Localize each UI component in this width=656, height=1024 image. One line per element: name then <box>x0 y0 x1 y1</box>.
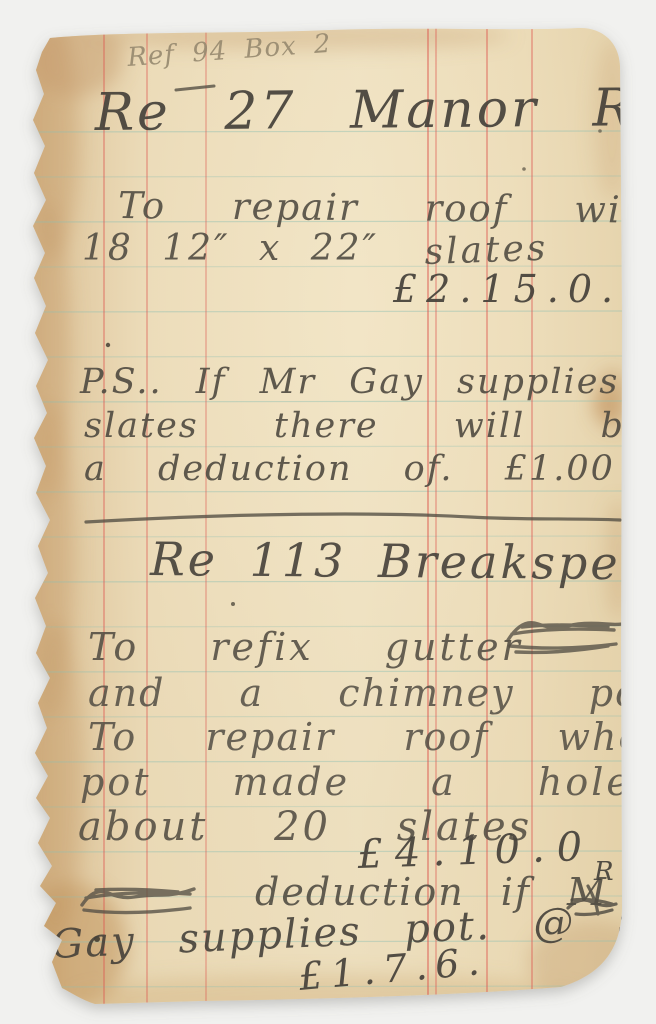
breakspears-work-line3: To repair roof where <box>88 715 656 759</box>
heading-breakspears: Re 113 Breakspears <box>149 532 656 591</box>
ps-line3: a deduction of. £1.00 <box>84 449 615 489</box>
superscript-r: R <box>593 857 614 887</box>
ps-line1: P.S.. If Mr Gay supplies <box>79 362 619 402</box>
scan-background: Ref 94 Box 2 Re 27 Manor Rd. To repair r… <box>0 0 656 1024</box>
manor-work-line1: To repair roof with <box>118 184 656 232</box>
manor-amount: £2.15.0. <box>392 267 622 311</box>
heading-manor-rd: Re 27 Manor Rd. <box>94 78 656 143</box>
document-photo: Ref 94 Box 2 Re 27 Manor Rd. To repair r… <box>0 0 656 1024</box>
breakspears-work-line1: To refix gutter <box>88 625 523 669</box>
ps-line2: slates there will be <box>84 406 648 446</box>
manor-work-line2-qty: 18 12″ x 22″ <box>82 228 379 269</box>
breakspears-work-line2: and a chimney pot <box>88 671 656 715</box>
breakspears-work-line4: pot made a hole. <box>80 760 647 804</box>
